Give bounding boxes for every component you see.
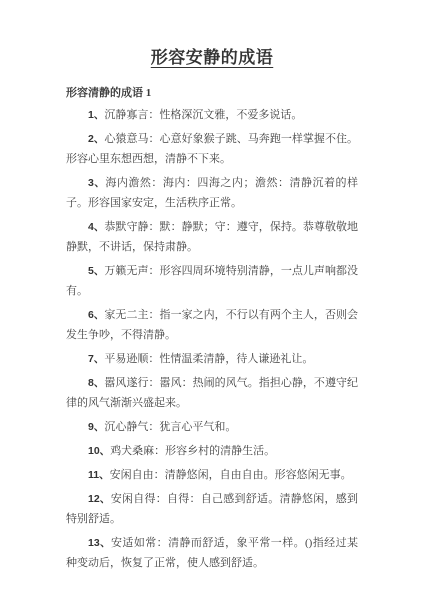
idiom-item: 8、嚣风遂行：嚣风：热闹的风气。指担心静，不遵守纪律的风气渐渐兴盛起来。 [66, 373, 358, 413]
item-number: 6、 [88, 309, 104, 321]
item-number: 7、 [88, 353, 104, 365]
item-number: 2、 [88, 133, 104, 145]
idiom-list: 1、沉静寡言：性格深沉文雅，不爱多说话。2、心猿意马：心意好象猴子跳、马奔跑一样… [66, 105, 358, 573]
item-number: 5、 [88, 265, 104, 277]
idiom-item: 3、海内澹然：海内：四海之内；澹然：清静沉着的样子。形容国家安定，生活秩序正常。 [66, 173, 358, 213]
item-number: 9、 [88, 421, 104, 433]
item-text: 平易逊顺：性情温柔清静，待人谦逊礼让。 [104, 353, 313, 365]
idiom-item: 4、恭默守静：默：静默；守：遵守，保持。恭尊敬敬地静默，不讲话，保持肃静。 [66, 217, 358, 257]
idiom-item: 7、平易逊顺：性情温柔清静，待人谦逊礼让。 [66, 349, 358, 369]
item-number: 13、 [88, 537, 111, 549]
item-text: 鸡犬桑麻：形容乡村的清静生活。 [110, 445, 275, 457]
item-text: 家无二主：指一家之内，不行以有两个主人，否则会发生争吵，不得清静。 [66, 309, 358, 341]
item-number: 8、 [88, 377, 104, 389]
item-number: 12、 [88, 493, 111, 505]
item-text: 恭默守静：默：静默；守：遵守，保持。恭尊敬敬地静默，不讲话，保持肃静。 [66, 221, 358, 253]
idiom-item: 1、沉静寡言：性格深沉文雅，不爱多说话。 [66, 105, 358, 125]
page-title: 形容安静的成语 [66, 46, 358, 70]
item-text: 嚣风遂行：嚣风：热闹的风气。指担心静，不遵守纪律的风气渐渐兴盛起来。 [66, 377, 358, 409]
item-number: 4、 [88, 221, 104, 233]
idiom-item: 5、万籁无声：形容四周环境特别清静，一点儿声响都没有。 [66, 261, 358, 301]
item-text: 心猿意马：心意好象猴子跳、马奔跑一样掌握不住。形容心里东想西想，清静不下来。 [66, 133, 358, 165]
idiom-item: 11、安闲自由：清静悠闲，自由自由。形容悠闲无事。 [66, 465, 358, 485]
item-text: 安闲自由：清静悠闲，自由自由。形容悠闲无事。 [110, 469, 352, 481]
item-number: 3、 [88, 177, 105, 189]
item-text: 沉静寡言：性格深沉文雅，不爱多说话。 [104, 109, 302, 121]
idiom-item: 10、鸡犬桑麻：形容乡村的清静生活。 [66, 441, 358, 461]
item-text: 海内澹然：海内：四海之内；澹然：清静沉着的样子。形容国家安定，生活秩序正常。 [66, 177, 358, 209]
page-title-text: 形容安静的成语 [151, 48, 274, 67]
idiom-item: 2、心猿意马：心意好象猴子跳、马奔跑一样掌握不住。形容心里东想西想，清静不下来。 [66, 129, 358, 169]
idiom-item: 12、安闲自得：自得：自己感到舒适。清静悠闲，感到特别舒适。 [66, 489, 358, 529]
item-number: 10、 [88, 445, 110, 457]
idiom-item: 9、沉心静气：犹言心平气和。 [66, 417, 358, 437]
section-subtitle: 形容清静的成语 1 [66, 83, 358, 103]
item-text: 沉心静气：犹言心平气和。 [104, 421, 236, 433]
document-page: 形容安静的成语 形容清静的成语 1 1、沉静寡言：性格深沉文雅，不爱多说话。2、… [0, 0, 424, 600]
item-number: 11、 [88, 469, 110, 481]
item-number: 1、 [88, 109, 104, 121]
item-text: 安闲自得：自得：自己感到舒适。清静悠闲，感到特别舒适。 [66, 493, 358, 525]
item-text: 万籁无声：形容四周环境特别清静，一点儿声响都没有。 [66, 265, 358, 297]
idiom-item: 6、家无二主：指一家之内，不行以有两个主人，否则会发生争吵，不得清静。 [66, 305, 358, 345]
idiom-item: 13、安适如常：清静而舒适，象平常一样。()指经过某种变动后，恢复了正常，使人感… [66, 533, 358, 573]
